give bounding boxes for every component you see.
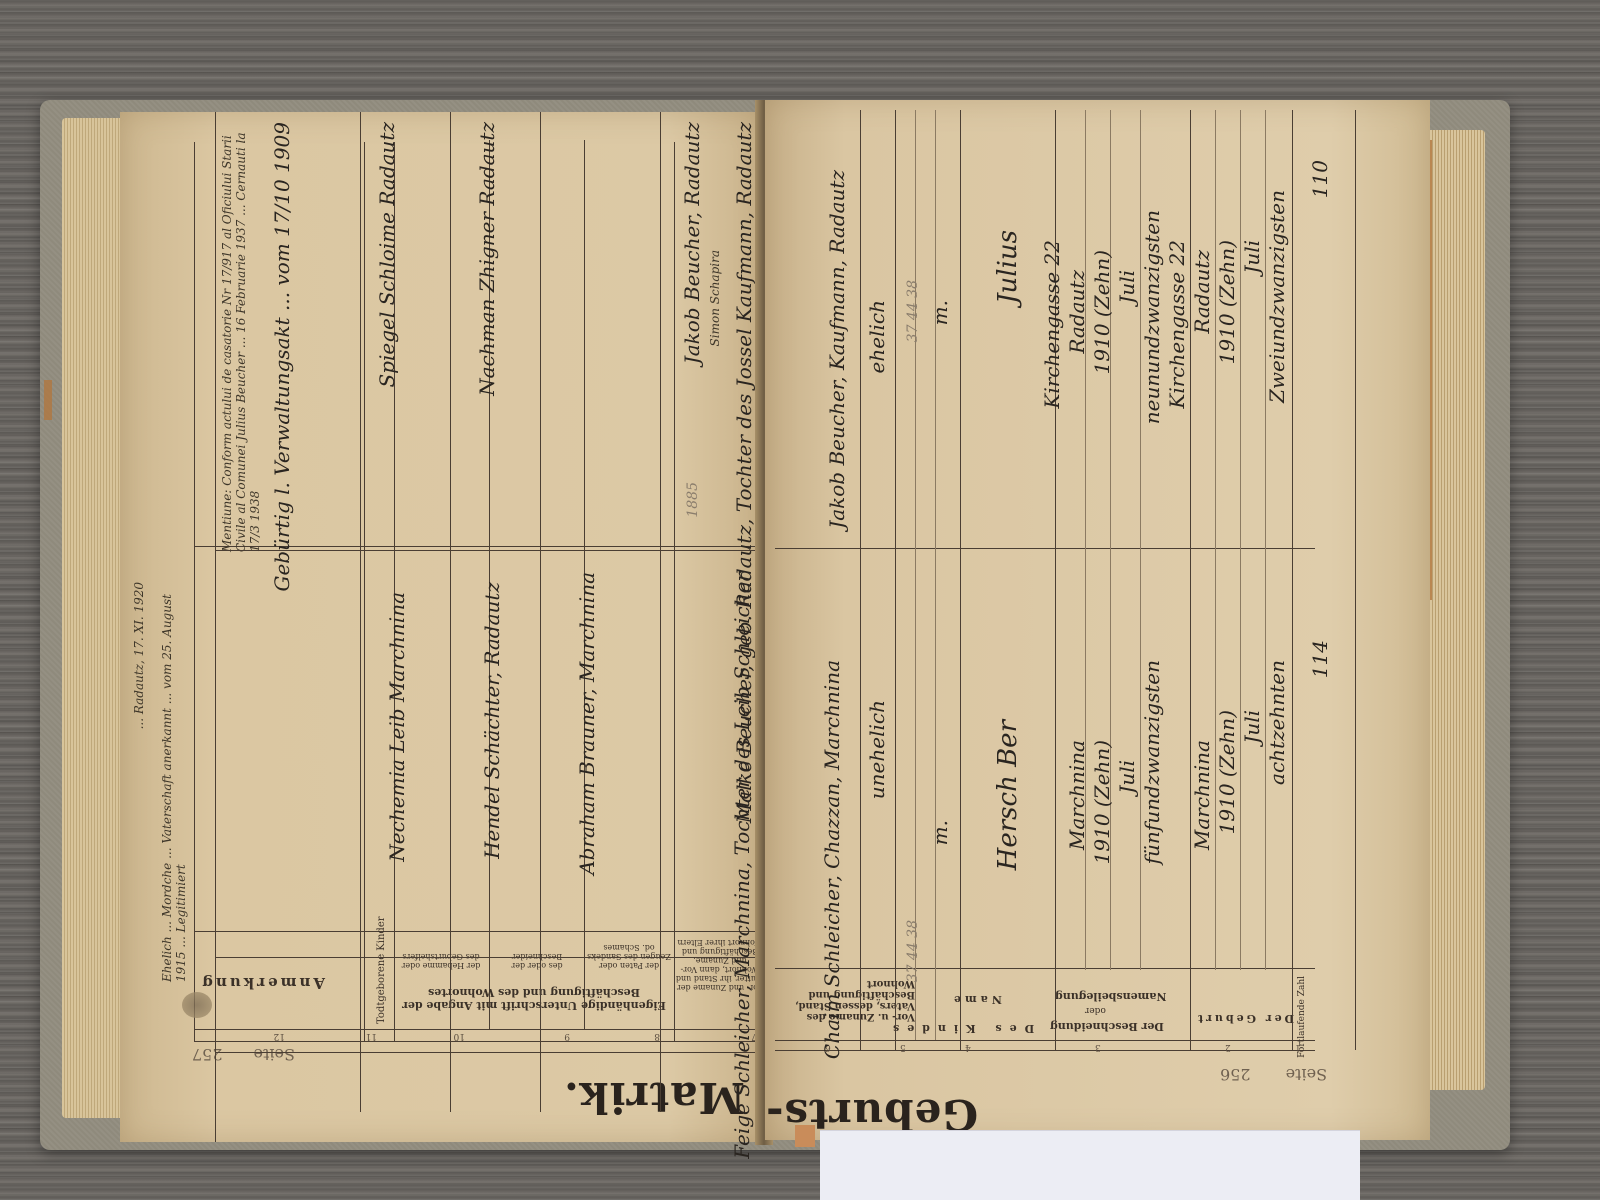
pencil-archive-note: 37 44 38: [905, 280, 921, 342]
handwritten-birth-day: achtzehnten: [1265, 660, 1289, 785]
handwritten-circumcision-place: Radautz: [1065, 270, 1089, 354]
pencil-archive-note: 37 44 38: [905, 920, 921, 982]
column-rule: [895, 110, 896, 1050]
handwritten-birth-year: 1910 (Zehn): [1215, 240, 1239, 364]
column-rule: [915, 110, 916, 1040]
handwritten-mother-entry-2: Feige Schleicher, Marchnina, Tochter des…: [730, 572, 754, 1159]
handwritten-legitimacy: ehelich: [865, 300, 889, 373]
header-circumciser: des oder der Beschneider: [495, 952, 579, 970]
handwritten-sex: m.: [928, 300, 952, 325]
column-number: 2: [1225, 1042, 1231, 1052]
header-rule: [775, 968, 1315, 969]
handwritten-birth-place: Marchnina: [1190, 740, 1214, 850]
handwritten-circumcision-house: Kirchengasse 22: [1040, 240, 1064, 409]
handwritten-birth-house: Kirchengasse 22: [1165, 240, 1189, 409]
header-rule: [775, 1040, 1315, 1041]
handwritten-name-row: Nachman Zhigner Radautz: [475, 122, 499, 396]
ink-stain: [182, 992, 212, 1018]
handwritten-circumcision-day: fünfundzwanzigsten: [1140, 660, 1164, 864]
column-number: 9: [564, 1031, 570, 1041]
handwritten-father: Chaim Schleicher, Chazzan, Marchnina: [820, 660, 844, 1059]
header-rule: [195, 931, 765, 932]
handwritten-legitimacy: unehelich: [865, 700, 889, 799]
white-paper-slip: [820, 1130, 1360, 1200]
handwritten-child-name: Hersch Ber: [993, 720, 1023, 870]
page-257: Matrik. Seite 257 7 8 9 10 11 12 Eigenhä…: [120, 112, 765, 1142]
header-birth: Der Geburt: [1195, 1012, 1294, 1025]
column-rule: [1292, 110, 1293, 1050]
page-number: 257: [192, 1045, 223, 1064]
handwritten-circumcision-place: Marchnina: [1065, 740, 1089, 850]
entry-divider: [215, 550, 765, 551]
page-rule: [450, 112, 451, 1112]
pencil-year-note: 1885: [685, 482, 701, 518]
header-midwife: der Hebamme oder des Geburtshelfers: [397, 952, 485, 970]
column-number: 5: [900, 1042, 906, 1052]
handwritten-father: Jakob Beucher, Kaufmann, Radautz: [825, 170, 849, 529]
page-rule: [540, 112, 541, 1112]
entry-divider: [775, 548, 1315, 549]
bookmark-tab: [795, 1125, 815, 1147]
header-naming: Namensbeilegung: [1055, 990, 1166, 1003]
page-257-content: Matrik. Seite 257 7 8 9 10 11 12 Eigenhä…: [120, 112, 765, 1142]
column-number: 10: [454, 1031, 465, 1041]
handwritten-name-row: Spiegel Schloime Radautz: [375, 122, 399, 388]
column-rule: [1355, 110, 1356, 1050]
damaged-page-edge: [44, 380, 52, 420]
page-label-text: Seite: [1286, 1065, 1327, 1084]
handwritten-entry-number: 110: [1308, 160, 1332, 198]
column-number: 4: [965, 1042, 971, 1052]
header-rule: [195, 1029, 765, 1030]
handwritten-circumcision-day: neunundzwanzigsten: [1140, 210, 1164, 424]
column-rule: [860, 110, 861, 1050]
handwritten-circumcision-month: Juli: [1115, 270, 1139, 304]
handwritten-sex: m.: [928, 820, 952, 845]
column-number: 12: [274, 1031, 285, 1041]
header-rule: [195, 1041, 765, 1042]
handwritten-remark-note: Mentiune: Conform actului de casatorie N…: [220, 122, 262, 552]
header-remarks: Anmerkung: [199, 974, 325, 992]
page-number: 256: [1220, 1065, 1251, 1084]
handwritten-child-name: Julius: [993, 230, 1023, 304]
handwritten-circumciser-entry: Jakob Beucher, Radautz: [680, 122, 704, 364]
page-rule: [360, 112, 361, 1112]
handwritten-circumcision-year: 1910 (Zehn): [1090, 250, 1114, 374]
page-rule: [215, 112, 216, 1142]
column-rule: [364, 142, 365, 1042]
handwritten-remark-entry-2: Ehelich ... Mordche ... Vaterschaft aner…: [160, 562, 188, 982]
column-number: 11: [366, 1031, 377, 1041]
register-title-part: Matrik.: [563, 1073, 745, 1122]
page-label: Seite 257: [192, 1045, 295, 1064]
page-256: Geburts- Seite 256 Der Geburt Der Beschn…: [765, 100, 1430, 1140]
page-rule: [660, 112, 661, 1112]
handwritten-circumcision-month: Juli: [1115, 760, 1139, 794]
header-stillborn: Todtgeborene Kinder: [376, 916, 387, 1024]
handwritten-remark-main: Gebürtig l. Verwaltungsakt ... vom 17/10…: [270, 122, 294, 592]
page-label-text: Seite: [254, 1045, 295, 1064]
header-child-name: Name: [950, 993, 1002, 1006]
header-rule: [215, 957, 765, 958]
header-rule: [775, 1050, 1315, 1051]
header-rule: [215, 1052, 765, 1053]
handwritten-godparent-signature: Simon Schapira: [708, 250, 722, 346]
handwritten-remark-date: ... Radautz, 17. XI. 1920: [132, 582, 146, 729]
handwritten-circumciser-entry-2: Hendel Schächter, Radautz: [480, 582, 504, 859]
handwritten-birth-year: 1910 (Zehn): [1215, 710, 1239, 834]
handwritten-circumcision-year: 1910 (Zehn): [1090, 740, 1114, 864]
column-rule: [194, 142, 195, 1042]
column-rule: [1215, 110, 1216, 970]
handwritten-entry-number: 114: [1308, 640, 1332, 678]
handwritten-birth-month: Juli: [1240, 240, 1264, 274]
handwritten-godparent-entry-2: Abraham Brauner, Marchnina: [575, 572, 599, 875]
header-signatures: Eigenhändige Unterschrift mit Angabe der…: [399, 986, 669, 1012]
column-number: 3: [1095, 1042, 1101, 1052]
handwritten-birth-place: Radautz: [1190, 250, 1214, 334]
handwritten-birth-day: Zweiundzwanzigsten: [1265, 190, 1289, 403]
handwritten-birth-month: Juli: [1240, 710, 1264, 744]
header-or: oder: [1085, 1005, 1106, 1015]
column-rule: [960, 110, 961, 1050]
column-rule: [674, 142, 675, 1042]
handwritten-midwife-entry-2: Nechemia Leib Marchnina: [385, 592, 409, 862]
header-circumcision: Der Beschneidung: [1050, 1020, 1164, 1033]
page-label: Seite 256: [1220, 1065, 1327, 1084]
column-rule: [935, 110, 936, 1040]
column-number: 1: [1295, 1042, 1301, 1052]
